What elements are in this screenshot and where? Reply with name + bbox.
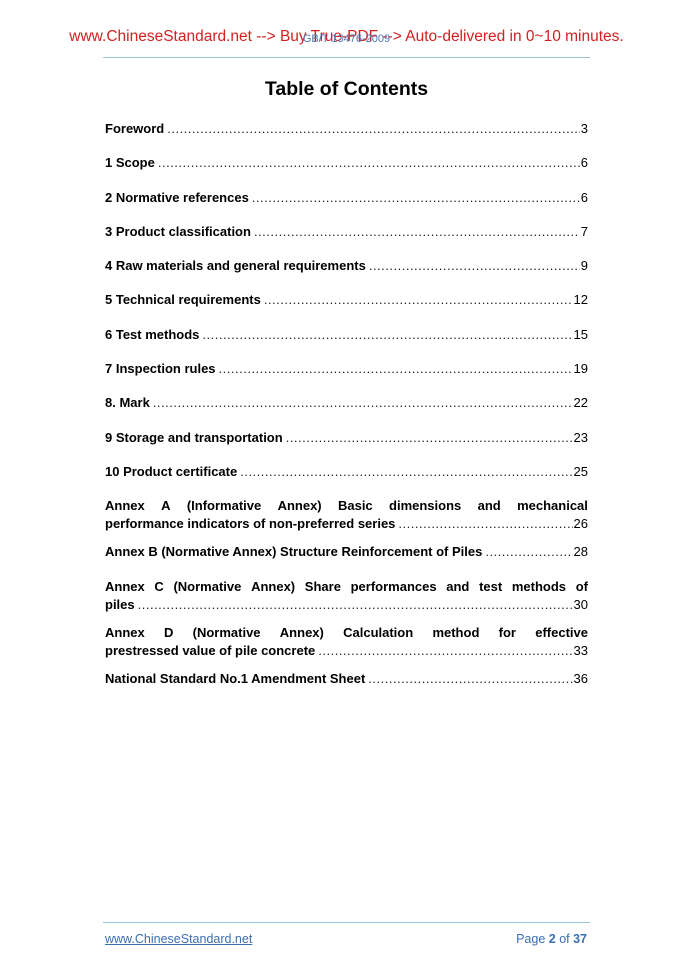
dot-leader (485, 543, 572, 561)
toc-entry-title[interactable]: piles (105, 596, 135, 614)
toc-entry[interactable]: 8. Mark22 (105, 394, 588, 412)
dot-leader (158, 154, 580, 172)
toc-entry-title[interactable]: 2 Normative references (105, 189, 249, 207)
page-of: of (556, 932, 573, 946)
toc-entry-title[interactable]: performance indicators of non-preferred … (105, 515, 395, 533)
toc-entry-title[interactable]: Annex B (Normative Annex) Structure Rein… (105, 543, 482, 561)
dot-leader (202, 326, 572, 344)
toc-entry[interactable]: AnnexC(NormativeAnnex)Shareperformancesa… (105, 578, 588, 614)
toc-word: Annex (105, 624, 145, 642)
toc-page-number[interactable]: 19 (574, 360, 588, 378)
toc-word: method (432, 624, 479, 642)
toc-word: A (161, 497, 170, 515)
toc-entry-line: 9 Storage and transportation23 (105, 429, 588, 447)
toc-entry[interactable]: Annex B (Normative Annex) Structure Rein… (105, 543, 588, 561)
toc-word: for (499, 624, 516, 642)
toc-entry-title[interactable]: 5 Technical requirements (105, 291, 261, 309)
toc-word: test (479, 578, 502, 596)
toc-word: of (576, 578, 588, 596)
dot-leader (264, 291, 573, 309)
toc-page-number[interactable]: 26 (574, 515, 588, 533)
dot-leader (369, 257, 580, 275)
toc-entry-line: Foreword3 (105, 120, 588, 138)
page-indicator: Page 2 of 37 (516, 932, 587, 946)
toc-entry-line: performance indicators of non-preferred … (105, 515, 588, 533)
page-title: Table of Contents (0, 78, 693, 101)
dot-leader (254, 223, 580, 241)
toc-entry-title[interactable]: 4 Raw materials and general requirements (105, 257, 366, 275)
toc-entry[interactable]: National Standard No.1 Amendment Sheet36 (105, 670, 588, 688)
toc-entry[interactable]: 3 Product classification7 (105, 223, 588, 241)
toc-entry[interactable]: 1 Scope6 (105, 154, 588, 172)
toc-entry-title[interactable]: National Standard No.1 Amendment Sheet (105, 670, 365, 688)
toc-word: C (154, 578, 163, 596)
toc-page-number[interactable]: 7 (581, 223, 588, 241)
toc-word: Calculation (343, 624, 413, 642)
toc-word: Share (305, 578, 341, 596)
standard-number: GB/T 13476-2009 (0, 33, 693, 45)
toc-entry[interactable]: AnnexD(NormativeAnnex)Calculationmethodf… (105, 624, 588, 660)
toc-entry-line: 6 Test methods15 (105, 326, 588, 344)
toc-page-number[interactable]: 9 (581, 257, 588, 275)
toc-entry-line: 8. Mark22 (105, 394, 588, 412)
dot-leader (252, 189, 580, 207)
toc-entry[interactable]: AnnexA(InformativeAnnex)Basicdimensionsa… (105, 497, 588, 533)
toc-entry[interactable]: 4 Raw materials and general requirements… (105, 257, 588, 275)
toc-entry[interactable]: 2 Normative references6 (105, 189, 588, 207)
toc-entry-line: National Standard No.1 Amendment Sheet36 (105, 670, 588, 688)
header-divider (103, 57, 590, 58)
toc-entry[interactable]: 6 Test methods15 (105, 326, 588, 344)
toc-entry-line: Annex B (Normative Annex) Structure Rein… (105, 543, 588, 561)
toc-word: (Normative (173, 578, 241, 596)
toc-word: Annex) (280, 624, 324, 642)
page-prefix: Page (516, 932, 549, 946)
toc-page-number[interactable]: 36 (574, 670, 588, 688)
toc-entry-title[interactable]: 7 Inspection rules (105, 360, 216, 378)
toc-entry-title[interactable]: 9 Storage and transportation (105, 429, 283, 447)
dot-leader (398, 515, 572, 533)
dot-leader (153, 394, 573, 412)
footer-divider (103, 922, 590, 923)
toc-entry-line: 1 Scope6 (105, 154, 588, 172)
toc-entry-title[interactable]: 6 Test methods (105, 326, 199, 344)
toc-word: Basic (338, 497, 373, 515)
dot-leader (318, 642, 572, 660)
dot-leader (219, 360, 573, 378)
dot-leader (368, 670, 572, 688)
toc-entry-line: AnnexC(NormativeAnnex)Shareperformancesa… (105, 578, 588, 596)
toc-word: Annex (105, 497, 145, 515)
toc-entry-title[interactable]: Foreword (105, 120, 164, 138)
toc-page-number[interactable]: 6 (581, 189, 588, 207)
toc-entry-line: prestressed value of pile concrete33 (105, 642, 588, 660)
toc-entry[interactable]: 10 Product certificate25 (105, 463, 588, 481)
toc-entry-title[interactable]: 3 Product classification (105, 223, 251, 241)
dot-leader (167, 120, 580, 138)
toc-entry-line: 5 Technical requirements12 (105, 291, 588, 309)
toc-entry-line: AnnexA(InformativeAnnex)Basicdimensionsa… (105, 497, 588, 515)
toc-word: effective (535, 624, 588, 642)
toc-entry[interactable]: Foreword3 (105, 120, 588, 138)
toc-page-number[interactable]: 12 (574, 291, 588, 309)
dot-leader (286, 429, 573, 447)
toc-word: performances (351, 578, 437, 596)
toc-word: dimensions (389, 497, 461, 515)
toc-entry-title[interactable]: prestressed value of pile concrete (105, 642, 315, 660)
toc-word: Annex) (278, 497, 322, 515)
toc-page-number[interactable]: 15 (574, 326, 588, 344)
toc-entry-line: 4 Raw materials and general requirements… (105, 257, 588, 275)
toc-entry-line: AnnexD(NormativeAnnex)Calculationmethodf… (105, 624, 588, 642)
dot-leader (138, 596, 573, 614)
toc-page-number[interactable]: 23 (574, 429, 588, 447)
toc-entry-line: 10 Product certificate25 (105, 463, 588, 481)
toc-page-number[interactable]: 30 (574, 596, 588, 614)
toc-entry-title[interactable]: 10 Product certificate (105, 463, 237, 481)
toc-page-number[interactable]: 6 (581, 154, 588, 172)
toc-entry-line: 3 Product classification7 (105, 223, 588, 241)
toc-page-number[interactable]: 25 (574, 463, 588, 481)
toc-word: (Informative (187, 497, 261, 515)
toc-entry-title[interactable]: 1 Scope (105, 154, 155, 172)
toc-entry[interactable]: 9 Storage and transportation23 (105, 429, 588, 447)
toc-word: Annex) (251, 578, 295, 596)
toc-word: and (478, 497, 501, 515)
toc-entry-line: 2 Normative references6 (105, 189, 588, 207)
dot-leader (240, 463, 572, 481)
total-page-number: 37 (573, 932, 587, 946)
footer-website-link[interactable]: www.ChineseStandard.net (105, 932, 252, 946)
current-page-number: 2 (549, 932, 556, 946)
toc-page-number[interactable]: 28 (574, 543, 588, 561)
toc-entry-title[interactable]: 8. Mark (105, 394, 150, 412)
toc-entry[interactable]: 5 Technical requirements12 (105, 291, 588, 309)
toc-word: mechanical (517, 497, 588, 515)
toc-page-number[interactable]: 22 (574, 394, 588, 412)
toc-entry[interactable]: 7 Inspection rules19 (105, 360, 588, 378)
table-of-contents: Foreword31 Scope62 Normative references6… (105, 120, 588, 704)
toc-page-number[interactable]: 33 (574, 642, 588, 660)
toc-entry-line: piles30 (105, 596, 588, 614)
toc-word: methods (512, 578, 566, 596)
toc-word: D (164, 624, 173, 642)
toc-word: and (446, 578, 469, 596)
toc-entry-line: 7 Inspection rules19 (105, 360, 588, 378)
toc-word: Annex (105, 578, 145, 596)
toc-page-number[interactable]: 3 (581, 120, 588, 138)
toc-word: (Normative (193, 624, 261, 642)
document-page: www.ChineseStandard.net --> Buy True-PDF… (0, 0, 693, 980)
